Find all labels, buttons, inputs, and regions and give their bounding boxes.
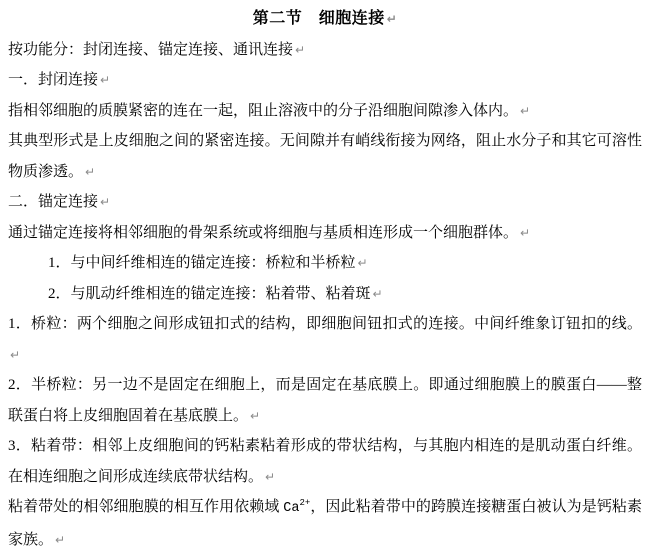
text-run: 2．半桥粒：另一边不是固定在细胞上，而是固定在基底膜上。即通过细胞膜上的膜蛋白—… — [8, 377, 642, 424]
paragraph-mark-icon: ↵ — [250, 409, 260, 423]
paragraph-mark-icon: ↵ — [85, 165, 95, 179]
paragraph-mark-icon: ↵ — [358, 256, 368, 270]
text-run: 3．粘着带：相邻上皮细胞间的钙粘素粘着形成的带状结构，与其胞内相连的是肌动蛋白纤… — [8, 438, 642, 485]
paragraph: 2．与肌动纤维相连的锚定连接：粘着带、粘着斑↵ — [8, 279, 642, 310]
text-run: Ca — [283, 501, 299, 516]
paragraph: 二．锚定连接↵ — [8, 187, 642, 218]
paragraph-mark-icon: ↵ — [520, 226, 530, 240]
text-run: 1．桥粒：两个细胞之间形成钮扣式的结构，即细胞间钮扣式的连接。中间纤维象订钮扣的… — [8, 316, 642, 332]
text-run: 粘着带处的相邻细胞膜的相互作用依赖域 — [8, 499, 283, 515]
paragraph-mark-icon: ↵ — [295, 43, 305, 57]
paragraph-mark-icon: ↵ — [265, 470, 275, 484]
text-run: 其典型形式是上皮细胞之间的紧密连接。无间隙并有峭线衔接为网络，阻止水分子和其它可… — [8, 133, 642, 180]
paragraph: 1．与中间纤维相连的锚定连接：桥粒和半桥粒↵ — [8, 248, 642, 279]
paragraph-mark-icon: ↵ — [100, 195, 110, 209]
text-run: 2．与肌动纤维相连的锚定连接：粘着带、粘着斑 — [48, 286, 371, 302]
text-run: 一．封闭连接 — [8, 72, 98, 88]
text-run: 按功能分：封闭连接、锚定连接、通讯连接 — [8, 42, 293, 58]
paragraph: 一．封闭连接↵ — [8, 65, 642, 96]
paragraph: 其典型形式是上皮细胞之间的紧密连接。无间隙并有峭线衔接为网络，阻止水分子和其它可… — [8, 126, 642, 187]
paragraph: 指相邻细胞的质膜紧密的连在一起，阻止溶液中的分子沿细胞间隙渗入体内。↵ — [8, 96, 642, 127]
title-text: 第二节 细胞连接 — [253, 10, 385, 27]
superscript-text: 2+ — [299, 498, 310, 508]
document-title: 第二节 细胞连接↵ — [8, 4, 642, 35]
paragraph: 按功能分：封闭连接、锚定连接、通讯连接↵ — [8, 35, 642, 66]
paragraph: 3．粘着带：相邻上皮细胞间的钙粘素粘着形成的带状结构，与其胞内相连的是肌动蛋白纤… — [8, 431, 642, 492]
text-run: 1．与中间纤维相连的锚定连接：桥粒和半桥粒 — [48, 255, 356, 271]
paragraph-mark-icon: ↵ — [10, 348, 20, 362]
paragraph-mark-icon: ↵ — [55, 533, 65, 547]
paragraph-mark-icon: ↵ — [387, 12, 398, 26]
document-body: 按功能分：封闭连接、锚定连接、通讯连接↵一．封闭连接↵指相邻细胞的质膜紧密的连在… — [8, 35, 642, 556]
paragraph: 2．半桥粒：另一边不是固定在细胞上，而是固定在基底膜上。即通过细胞膜上的膜蛋白—… — [8, 370, 642, 431]
text-run: 通过锚定连接将相邻细胞的骨架系统或将细胞与基质相连形成一个细胞群体。 — [8, 225, 518, 241]
document-page: 第二节 细胞连接↵ 按功能分：封闭连接、锚定连接、通讯连接↵一．封闭连接↵指相邻… — [0, 0, 650, 556]
text-run: 二．锚定连接 — [8, 194, 98, 210]
text-run: 指相邻细胞的质膜紧密的连在一起，阻止溶液中的分子沿细胞间隙渗入体内。 — [8, 103, 518, 119]
paragraph-mark-icon: ↵ — [520, 104, 530, 118]
paragraph-mark-icon: ↵ — [373, 287, 383, 301]
paragraph: 1．桥粒：两个细胞之间形成钮扣式的结构，即细胞间钮扣式的连接。中间纤维象订钮扣的… — [8, 309, 642, 370]
paragraph: 粘着带处的相邻细胞膜的相互作用依赖域 Ca2+，因此粘着带中的跨膜连接糖蛋白被认… — [8, 492, 642, 555]
paragraph: 通过锚定连接将相邻细胞的骨架系统或将细胞与基质相连形成一个细胞群体。↵ — [8, 218, 642, 249]
paragraph-mark-icon: ↵ — [100, 73, 110, 87]
